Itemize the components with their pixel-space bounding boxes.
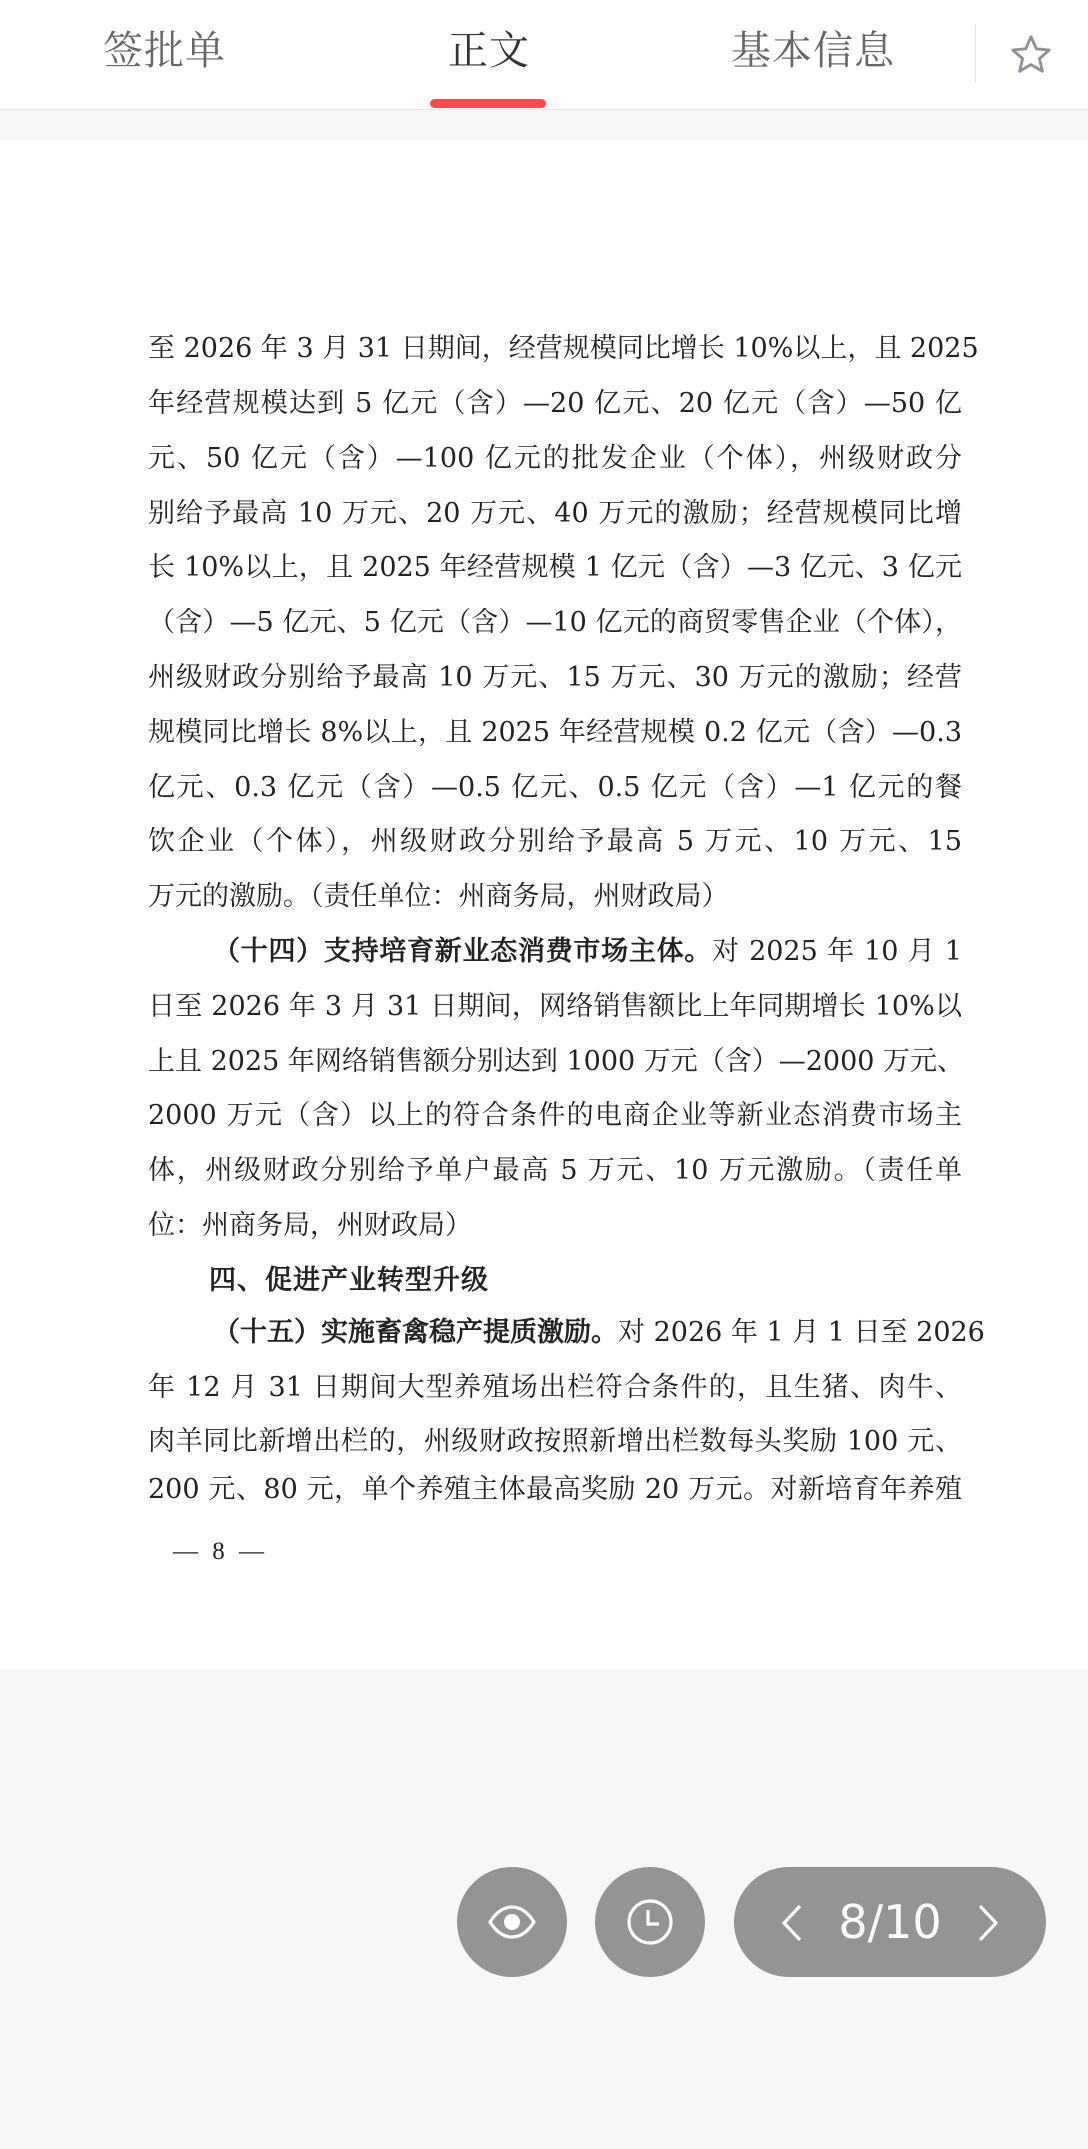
doc-line: 至 2026 年 3 月 31 日期间，经营规模同比增长 10%以上，且 202…	[148, 331, 962, 367]
favorite-button[interactable]	[1008, 32, 1054, 78]
doc-line: 别给予最高 10 万元、20 万元、40 万元的激励；经营规模同比增	[148, 496, 962, 532]
doc-line: 肉羊同比新增出栏的，州级财政按照新增出栏数每头奖励 100 元、	[148, 1424, 962, 1460]
section-15-text: 对 2026 年 1 月 1 日至 2026	[618, 1317, 985, 1348]
page-navigator: 8/10	[734, 1867, 1046, 1977]
doc-line: 亿元、0.3 亿元（含）—0.5 亿元、0.5 亿元（含）—1 亿元的餐	[148, 770, 962, 806]
doc-line: 年经营规模达到 5 亿元（含）—20 亿元、20 亿元（含）—50 亿	[148, 386, 962, 422]
eye-icon	[487, 1897, 537, 1947]
doc-line: （含）—5 亿元、5 亿元（含）—10 亿元的商贸零售企业（个体），	[148, 605, 962, 641]
tab-bar: 签批单 正文 基本信息	[0, 0, 1088, 110]
doc-line: 年 12 月 31 日期间大型养殖场出栏符合条件的，且生猪、肉牛、	[148, 1370, 962, 1406]
document-page: 至 2026 年 3 月 31 日期间，经营规模同比增长 10%以上，且 202…	[0, 140, 1088, 1669]
tab-body-text[interactable]: 正文	[448, 26, 530, 76]
section-15-first-line: （十五）实施畜禽稳产提质激励。对 2026 年 1 月 1 日至 2026	[213, 1315, 962, 1351]
doc-line: 长 10%以上，且 2025 年经营规模 1 亿元（含）—3 亿元、3 亿元	[148, 550, 962, 586]
history-button[interactable]	[595, 1867, 705, 1977]
next-page-button[interactable]	[970, 1903, 1006, 1943]
tab-sign-sheet[interactable]: 签批单	[103, 26, 226, 76]
doc-line: 规模同比增长 8%以上，且 2025 年经营规模 0.2 亿元（含）—0.3	[148, 715, 962, 751]
section-14-first-line: （十四）支持培育新业态消费市场主体。对 2025 年 10 月 1	[213, 934, 962, 970]
doc-line: 州级财政分别给予最高 10 万元、15 万元、30 万元的激励；经营	[148, 660, 962, 696]
doc-line: 200 元、80 元，单个养殖主体最高奖励 20 万元。对新培育年养殖	[148, 1472, 962, 1508]
section-15-title: （十五）实施畜禽稳产提质激励。	[213, 1317, 618, 1348]
doc-line: 元、50 亿元（含）—100 亿元的批发企业（个体），州级财政分	[148, 441, 962, 477]
doc-line: 饮企业（个体），州级财政分别给予最高 5 万元、10 万元、15	[148, 824, 962, 860]
previous-page-button[interactable]	[774, 1903, 810, 1943]
doc-line: 位：州商务局，州财政局）	[148, 1208, 962, 1244]
doc-line: 上且 2025 年网络销售额分别达到 1000 万元（含）—2000 万元、	[148, 1044, 962, 1080]
page-count: 8/10	[820, 1897, 960, 1947]
tab-basic-info[interactable]: 基本信息	[731, 26, 895, 76]
doc-line: 万元的激励。（责任单位：州商务局，州财政局）	[148, 879, 962, 915]
section-heading: 四、促进产业转型升级	[209, 1263, 489, 1299]
header-divider	[975, 25, 976, 83]
view-button[interactable]	[457, 1867, 567, 1977]
doc-line: 日至 2026 年 3 月 31 日期间，网络销售额比上年同期增长 10%以	[148, 989, 962, 1025]
doc-line: 体，州级财政分别给予单户最高 5 万元、10 万元激励。（责任单	[148, 1153, 962, 1189]
active-tab-indicator	[430, 99, 546, 108]
section-14-text: 对 2025 年 10 月 1	[712, 936, 962, 967]
page-number: — 8 —	[173, 1537, 268, 1567]
section-14-title: （十四）支持培育新业态消费市场主体。	[213, 936, 712, 967]
clock-icon	[625, 1897, 675, 1947]
star-icon	[1008, 32, 1054, 78]
doc-line: 2000 万元（含）以上的符合条件的电商企业等新业态消费市场主	[148, 1098, 962, 1134]
